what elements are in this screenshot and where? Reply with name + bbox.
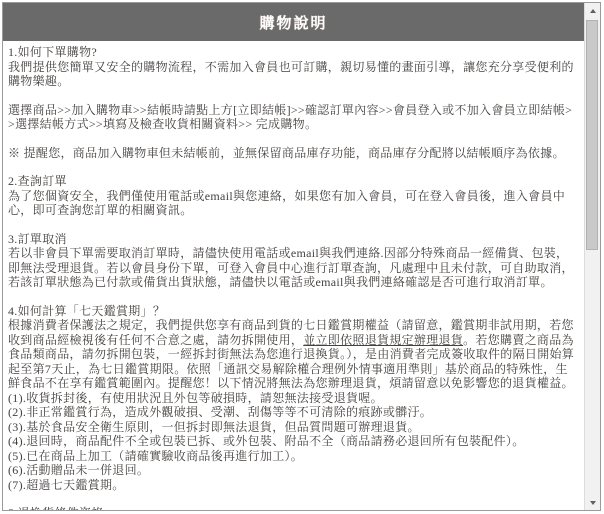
- scroll-up-button[interactable]: [585, 3, 600, 18]
- scrollbar-thumb[interactable]: [586, 20, 598, 250]
- scroll-down-button[interactable]: [585, 495, 600, 510]
- scroll-up-arrow-icon: [590, 9, 596, 13]
- paragraph-cart-reminder: ※ 提醒您，商品加入購物車但未結帳前，並無保留商品庫存功能，商品庫存分配將以結帳…: [8, 146, 578, 161]
- paragraph-order-inquiry: 2.查詢訂單 為了您個資安全，我們僅使用電話或email與您連絡，如果您有加入會…: [8, 174, 578, 218]
- main-column: 購物說明 1.如何下單購物? 我們提供您簡單又安全的購物流程，不需加入會員也可訂…: [3, 3, 584, 510]
- page-title: 購物說明: [259, 12, 327, 33]
- paragraph-order-steps: 選擇商品>>加入購物車>>結帳時請點上方[立即結帳]>>確認訂單內容>>會員登入…: [8, 103, 578, 132]
- instructions-text-area: 1.如何下單購物? 我們提供您簡單又安全的購物流程，不需加入會員也可訂購，親切易…: [3, 41, 584, 510]
- seven-day-text-after: 。若您購賣之商品為食品類商品，請勿拆開包裝，一經拆封街無法為您進行退換貨。），是…: [8, 333, 574, 492]
- seven-day-underlined-text: 並立即依照退貨規定辦理退貨: [303, 333, 463, 347]
- paragraph-how-to-order: 1.如何下單購物? 我們提供您簡單又安全的購物流程，不需加入會員也可訂購，親切易…: [8, 45, 578, 89]
- vertical-scrollbar[interactable]: [584, 3, 600, 510]
- paragraph-seven-day-period: 4.如何計算「七天鑑賞期」？ 根據消費者保護法之規定，我們提供您享有商品到貨的七…: [8, 304, 578, 493]
- paragraph-order-cancel: 3.訂單取消 若以非會員下單需要取消訂單時，請儘快使用電話或email與我們連絡…: [8, 232, 578, 290]
- panel-header: 購物說明: [3, 3, 584, 41]
- shopping-info-panel: 購物說明 1.如何下單購物? 我們提供您簡單又安全的購物流程，不需加入會員也可訂…: [2, 2, 601, 511]
- paragraph-return-conditions-heading: 5.退換貨條件資格: [8, 506, 578, 510]
- scroll-down-arrow-icon: [590, 501, 596, 505]
